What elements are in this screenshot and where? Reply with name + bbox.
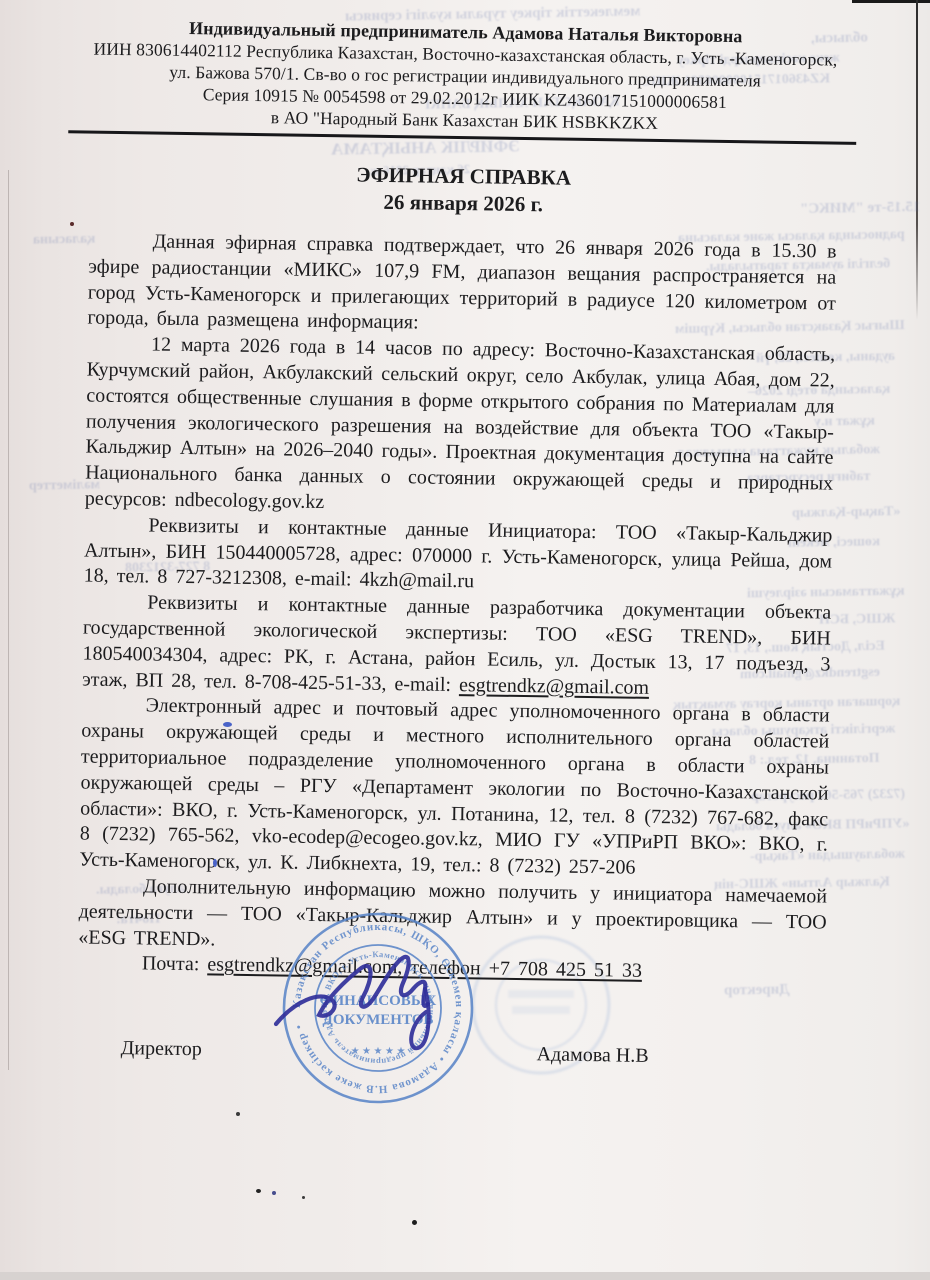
scan-speck — [272, 1191, 276, 1195]
body-paragraph: Электронный адрес и почтовый адрес уполн… — [79, 693, 830, 885]
scanned-document-page: мемлекеттік тіркеу туралы куәлігі серияс… — [0, 0, 930, 1280]
body-paragraph: Реквизиты и контактные данные разработчи… — [82, 590, 831, 704]
body-paragraph: 12 марта 2026 года в 14 часов по адресу:… — [85, 332, 836, 524]
scan-edge-bottom — [0, 1272, 930, 1280]
scan-edge-left — [8, 170, 9, 1070]
stamp-stars: ★ ★ ★ ★ ★ — [351, 1046, 406, 1057]
body-paragraph: Данная эфирная справка подтверждает, что… — [87, 229, 836, 343]
scan-edge-right — [916, 0, 918, 320]
signer-role: Директор — [121, 1037, 202, 1061]
document-body: Данная эфирная справка подтверждает, что… — [78, 229, 837, 988]
signer-name: Адамова Н.В — [536, 1043, 648, 1068]
letterhead: Индивидуальный предприниматель Адамова Н… — [90, 16, 840, 137]
body-paragraph: Реквизиты и контактные данные Инициатора… — [83, 512, 832, 600]
document-title-block: ЭФИРНАЯ СПРАВКА 26 января 2026 г. — [89, 158, 838, 223]
scan-edge-top — [852, 0, 930, 3]
scan-speck — [412, 1220, 417, 1225]
round-stamp: Қазақстан Республикасы, ШҚО, Өскемен қал… — [276, 906, 480, 1115]
scan-speck — [70, 222, 74, 226]
bleedthrough-text: қаласына — [33, 231, 96, 248]
scan-speck — [302, 1196, 305, 1199]
scan-speck — [236, 1112, 240, 1116]
stamp-center-line1: ФИНАНСОВЫХ — [320, 993, 437, 1009]
scan-speck — [256, 1189, 261, 1193]
scan-speck — [223, 722, 232, 727]
scan-speck — [213, 859, 217, 867]
